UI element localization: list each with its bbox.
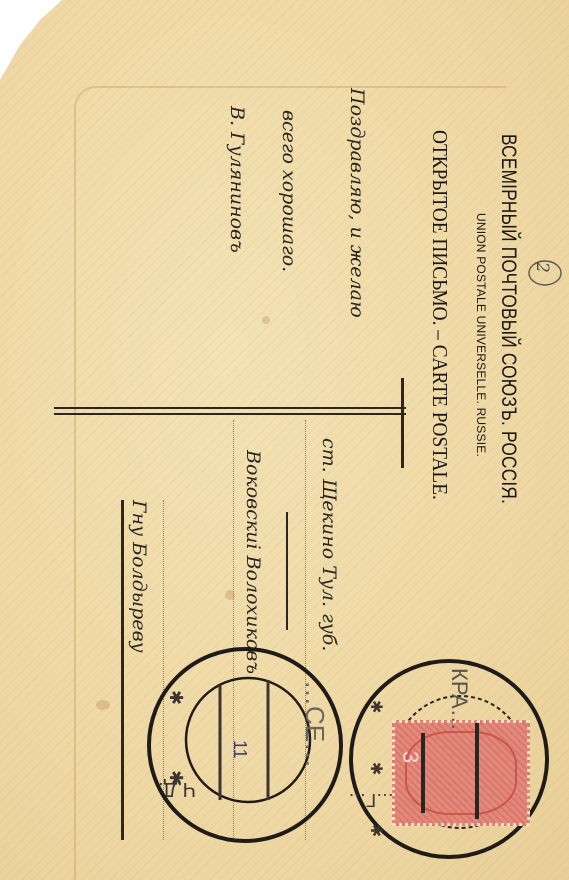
address-solid-rule (121, 500, 124, 840)
stain-spot (262, 316, 270, 324)
postmark-left-town: …СЕ… (299, 680, 330, 768)
postmark-right-town: КРА… (446, 668, 472, 731)
postmark-right-stars: ✱ ✱ ✱ (366, 700, 386, 859)
message-signature: В. Гуляниновъ (226, 106, 248, 253)
center-divider-line (54, 407, 406, 415)
stain-spot (225, 590, 235, 600)
header-upu-russia: ВСЕМІРНЫЙ ПОЧТОВЫЙ СОЮЗЪ. РОССІЯ. (496, 134, 520, 504)
postmark-left-stars: ✱ ✱ (165, 690, 186, 815)
postmark-left-date: 11 (229, 740, 250, 759)
message-line-1: Поздравляю, и желаю (346, 88, 368, 318)
header-union-postale: UNION POSTALE UNIVERSELLE. RUSSIE. (474, 213, 488, 457)
stain-spot (96, 700, 110, 710)
stamp-denomination: 3 (397, 751, 423, 763)
cancel-bar-2 (475, 723, 479, 819)
postage-stamp: 3 (392, 720, 530, 826)
message-line-2: всего хорошаго. (278, 110, 300, 272)
address-line-3: Гну Болдыреву (128, 500, 150, 653)
circled-number-text: 2 (532, 262, 552, 273)
address-line-1: ст. Щекино Тул. губ. (318, 438, 340, 651)
header-carte-postale: ОТКРЫТОЕ ПИСЬМО. – CARTE POSTALE. (427, 130, 452, 500)
postcard: ВСЕМІРНЫЙ ПОЧТОВЫЙ СОЮЗЪ. РОССІЯ. UNION … (0, 0, 569, 880)
address-underline (286, 512, 288, 630)
cancel-bar-1 (421, 733, 425, 813)
divider-cross-tick (401, 378, 404, 468)
